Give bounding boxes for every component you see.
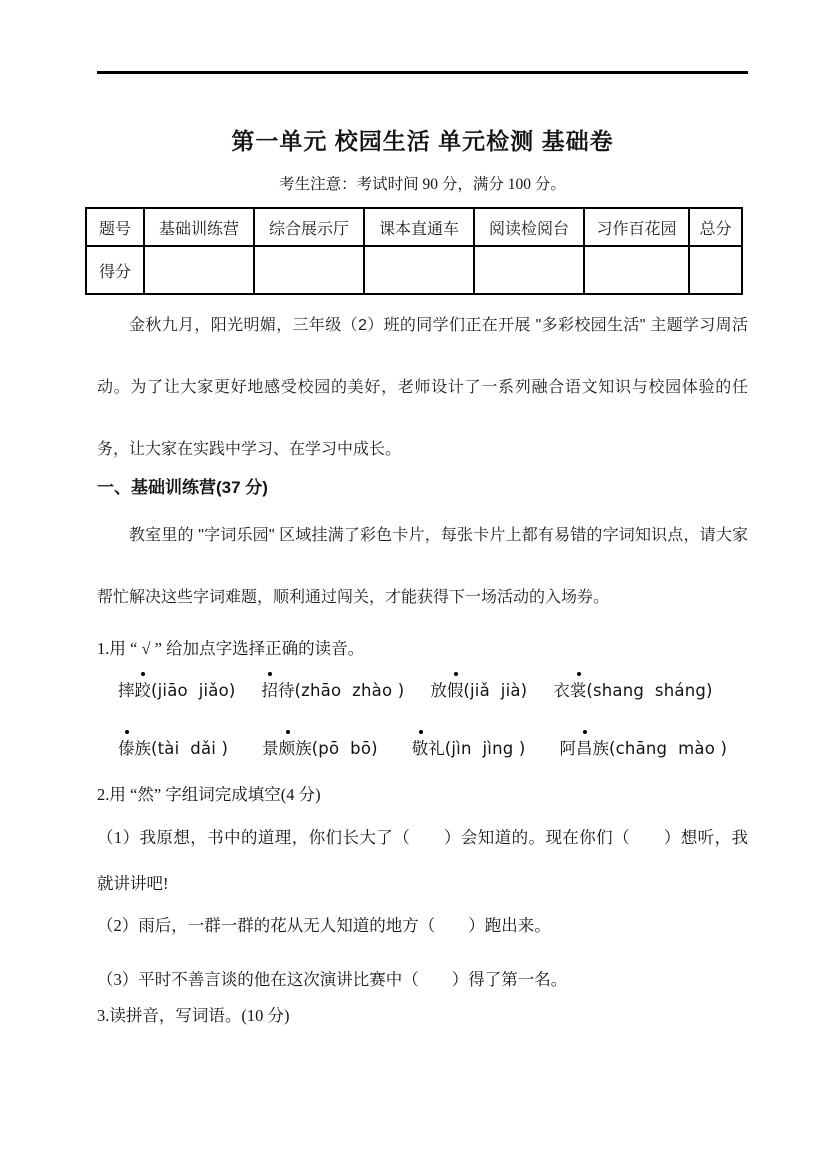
pinyin-row-2: 傣族(tài dǎi ) 景颇族(pō bō) 敬礼(jìn jìng ) 阿昌… <box>97 727 748 767</box>
question-1-label: 1.用 “ √ ” 给加点字选择正确的读音。 <box>97 629 748 669</box>
word-dotted-char: 招 <box>262 677 279 701</box>
score-table-header: 习作百花园 <box>584 208 689 246</box>
word-post: 族 <box>135 739 152 758</box>
score-table-header: 题号 <box>86 208 144 246</box>
score-table-header: 阅读检阅台 <box>474 208 584 246</box>
pinyin-text: (shang sháng) <box>586 681 712 700</box>
dotted-word: 敬礼 <box>412 739 445 758</box>
word-pre: 放 <box>430 681 447 700</box>
score-cell <box>254 246 364 294</box>
pinyin-row-1: 摔跤(jiāo jiǎo) 招待(zhāo zhào ) 放假(jiǎ jià)… <box>97 669 748 709</box>
score-table-header: 总分 <box>689 208 742 246</box>
pinyin-item: 摔跤(jiāo jiǎo) <box>118 677 236 701</box>
pinyin-item: 衣裳(shang sháng) <box>553 677 712 701</box>
dotted-word: 放假 <box>430 681 463 700</box>
page-title: 第一单元 校园生活 单元检测 基础卷 <box>97 123 748 156</box>
pinyin-item: 招待(zhāo zhào ) <box>262 677 405 701</box>
word-pre: 阿 <box>560 739 577 758</box>
pinyin-item: 景颇族(pō bō) <box>262 735 378 759</box>
word-dotted-char: 傣 <box>118 735 135 759</box>
pinyin-item: 阿昌族(chāng mào ) <box>560 735 728 759</box>
pinyin-text: (jiǎ jià) <box>463 681 527 700</box>
section-1-heading: 一、基础训练营(37 分) <box>97 471 748 505</box>
score-table-header: 综合展示厅 <box>254 208 364 246</box>
word-post: 族 <box>593 739 610 758</box>
question-2-label: 2.用 “然” 字组词完成填空(4 分) <box>97 775 748 815</box>
dotted-word: 衣裳 <box>553 681 586 700</box>
word-dotted-char: 假 <box>447 677 464 701</box>
word-dotted-char: 裳 <box>570 677 587 701</box>
fill-in-item-1: （1）我原想，书中的道理，你们长大了（ ）会知道的。现在你们（ ）想听，我就讲讲… <box>97 815 748 907</box>
fill-in-item-2: （2）雨后，一群一群的花从无人知道的地方（ ）跑出来。 <box>97 903 748 949</box>
pinyin-text: (jiāo jiǎo) <box>151 681 236 700</box>
document-page: 第一单元 校园生活 单元检测 基础卷 考生注意：考试时间 90 分，满分 100… <box>97 71 748 1039</box>
dotted-word: 招待 <box>262 681 295 700</box>
score-cell <box>474 246 584 294</box>
score-table: 题号 基础训练营 综合展示厅 课本直通车 阅读检阅台 习作百花园 总分 得分 <box>85 207 743 295</box>
score-table-header-row: 题号 基础训练营 综合展示厅 课本直通车 阅读检阅台 习作百花园 总分 <box>86 208 742 246</box>
pinyin-text: (chāng mào ) <box>609 739 727 758</box>
word-dotted-char: 昌 <box>576 735 593 759</box>
pinyin-text: (jìn jìng ) <box>445 739 526 758</box>
score-cell <box>144 246 254 294</box>
section-1-intro: 教室里的 "字词乐园" 区域挂满了彩色卡片，每张卡片上都有易错的字词知识点，请大… <box>97 505 748 629</box>
word-pre: 景 <box>262 739 279 758</box>
pinyin-item: 放假(jiǎ jià) <box>430 677 527 701</box>
dotted-word: 傣族 <box>118 739 151 758</box>
pinyin-text: (zhāo zhào ) <box>295 681 405 700</box>
word-dotted-char: 敬 <box>412 735 429 759</box>
word-post: 族 <box>295 739 312 758</box>
score-cell <box>364 246 474 294</box>
pinyin-item: 傣族(tài dǎi ) <box>118 735 228 759</box>
score-row-label: 得分 <box>86 246 144 294</box>
word-pre: 摔 <box>118 681 135 700</box>
pinyin-text: (pō bō) <box>312 739 378 758</box>
header-rule <box>97 71 748 74</box>
score-table-header: 基础训练营 <box>144 208 254 246</box>
score-row: 得分 <box>86 246 742 294</box>
score-table-header: 课本直通车 <box>364 208 474 246</box>
dotted-word: 景颇族 <box>262 739 312 758</box>
word-dotted-char: 跤 <box>135 677 152 701</box>
word-post: 礼 <box>428 739 445 758</box>
word-pre: 衣 <box>553 681 570 700</box>
pinyin-item: 敬礼(jìn jìng ) <box>412 735 526 759</box>
word-post: 待 <box>278 681 295 700</box>
score-cell <box>584 246 689 294</box>
exam-notice: 考生注意：考试时间 90 分，满分 100 分。 <box>97 172 748 194</box>
dotted-word: 阿昌族 <box>560 739 610 758</box>
score-cell <box>689 246 742 294</box>
pinyin-text: (tài dǎi ) <box>151 739 228 758</box>
word-dotted-char: 颇 <box>279 735 296 759</box>
dotted-word: 摔跤 <box>118 681 151 700</box>
intro-paragraph: 金秋九月，阳光明媚，三年级（2）班的同学们正在开展 "多彩校园生活" 主题学习周… <box>97 295 748 481</box>
